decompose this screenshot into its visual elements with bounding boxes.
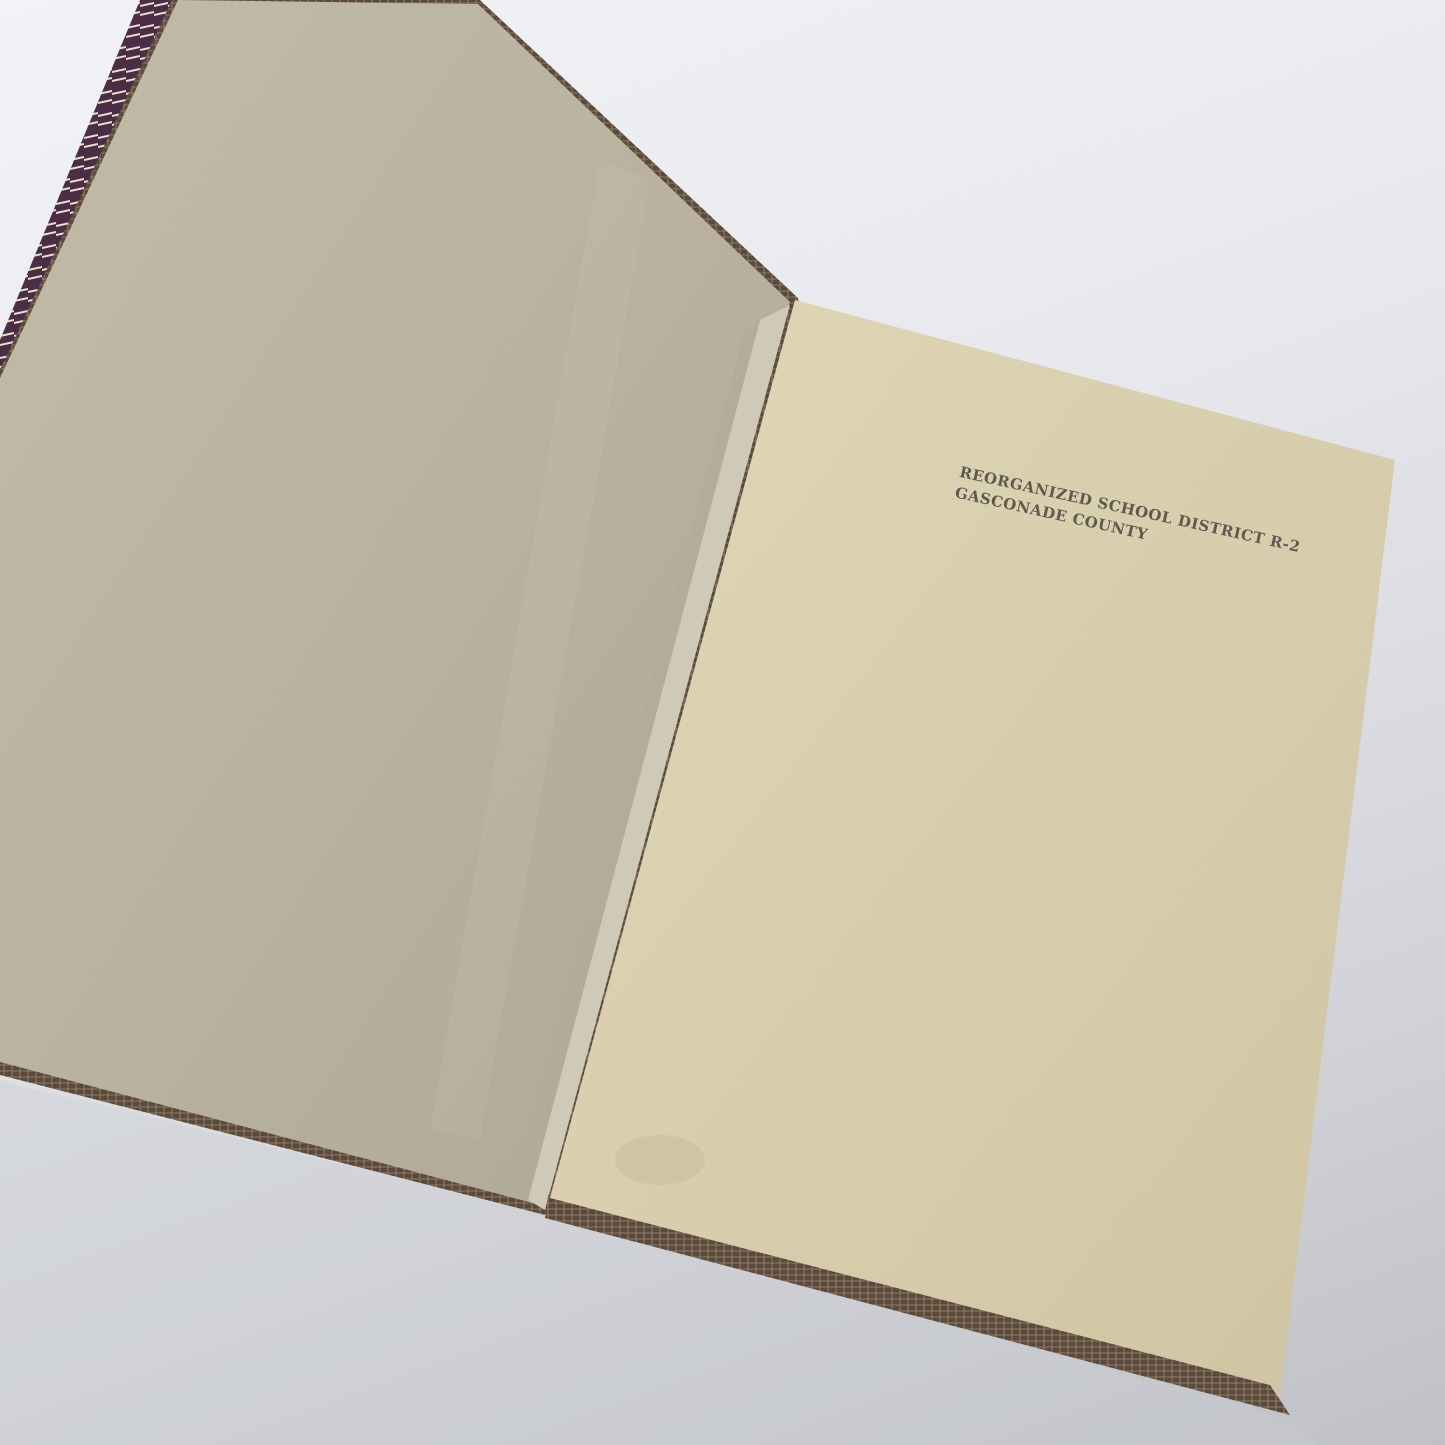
- photo-scene: REORGANIZED SCHOOL DISTRICT R-2 GASCONAD…: [0, 0, 1445, 1445]
- book-illustration: [0, 0, 1445, 1445]
